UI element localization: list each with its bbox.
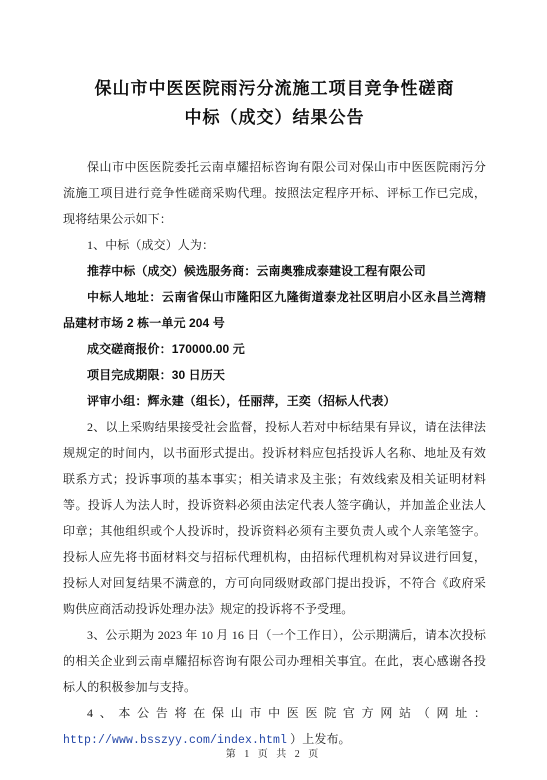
item1-heading: 1、中标（成交）人为： <box>63 232 486 258</box>
award-detail-line: 项目完成期限：30 日历天 <box>63 362 486 388</box>
award-detail-line: 成交磋商报价：170000.00 元 <box>63 336 486 362</box>
text-segment: 进行竞争性磋商采购代理。按照法定程序开标、评标工作已完成，现将结果公示如下： <box>63 186 486 226</box>
page-footer: 第 1 页 共 2 页 <box>0 745 547 760</box>
award-detail-line: 评审小组：辉永建（组长），任丽萍，王奕（招标人代表） <box>63 388 486 414</box>
document-title-line2: 中标（成交）结果公告 <box>185 108 365 127</box>
award-detail-line: 推荐中标（成交）候选服务商：云南奥雅成泰建设工程有限公司 <box>63 258 486 284</box>
document-title: 保山市中医医院雨污分流施工项目竞争性磋商 中标（成交）结果公告 <box>63 74 486 132</box>
website-paragraph-prefix: 4、本公告将在保山市中医医院官方网站（网址： <box>87 706 486 720</box>
website-paragraph-suffix: ）上发布。 <box>290 732 351 746</box>
publicity-period-paragraph: 3、公示期为 2023 年 10 月 16 日（一个工作日），公示期满后，请本次… <box>63 622 486 700</box>
complaint-paragraph: 2、以上采购结果接受社会监督，投标人若对中标结果有异议，请在法律法规规定的时间内… <box>63 414 486 622</box>
intro-paragraph: 保山市中医医院委托云南卓耀招标咨询有限公司对保山市中医医院雨污分流施工项目进行竞… <box>63 154 486 232</box>
award-details: 推荐中标（成交）候选服务商：云南奥雅成泰建设工程有限公司中标人地址：云南省保山市… <box>63 258 486 414</box>
document-title-line1: 保山市中医医院雨污分流施工项目竞争性磋商 <box>95 79 455 98</box>
text-segment: 保山市中医医院委托云南卓耀招标咨询有限公司对 <box>87 160 362 174</box>
document-page: 保山市中医医院雨污分流施工项目竞争性磋商 中标（成交）结果公告 保山市中医医院委… <box>0 0 547 780</box>
award-detail-line: 中标人地址：云南省保山市隆阳区九隆街道泰龙社区明启小区永昌兰湾精品建材市场 2 … <box>63 284 486 336</box>
